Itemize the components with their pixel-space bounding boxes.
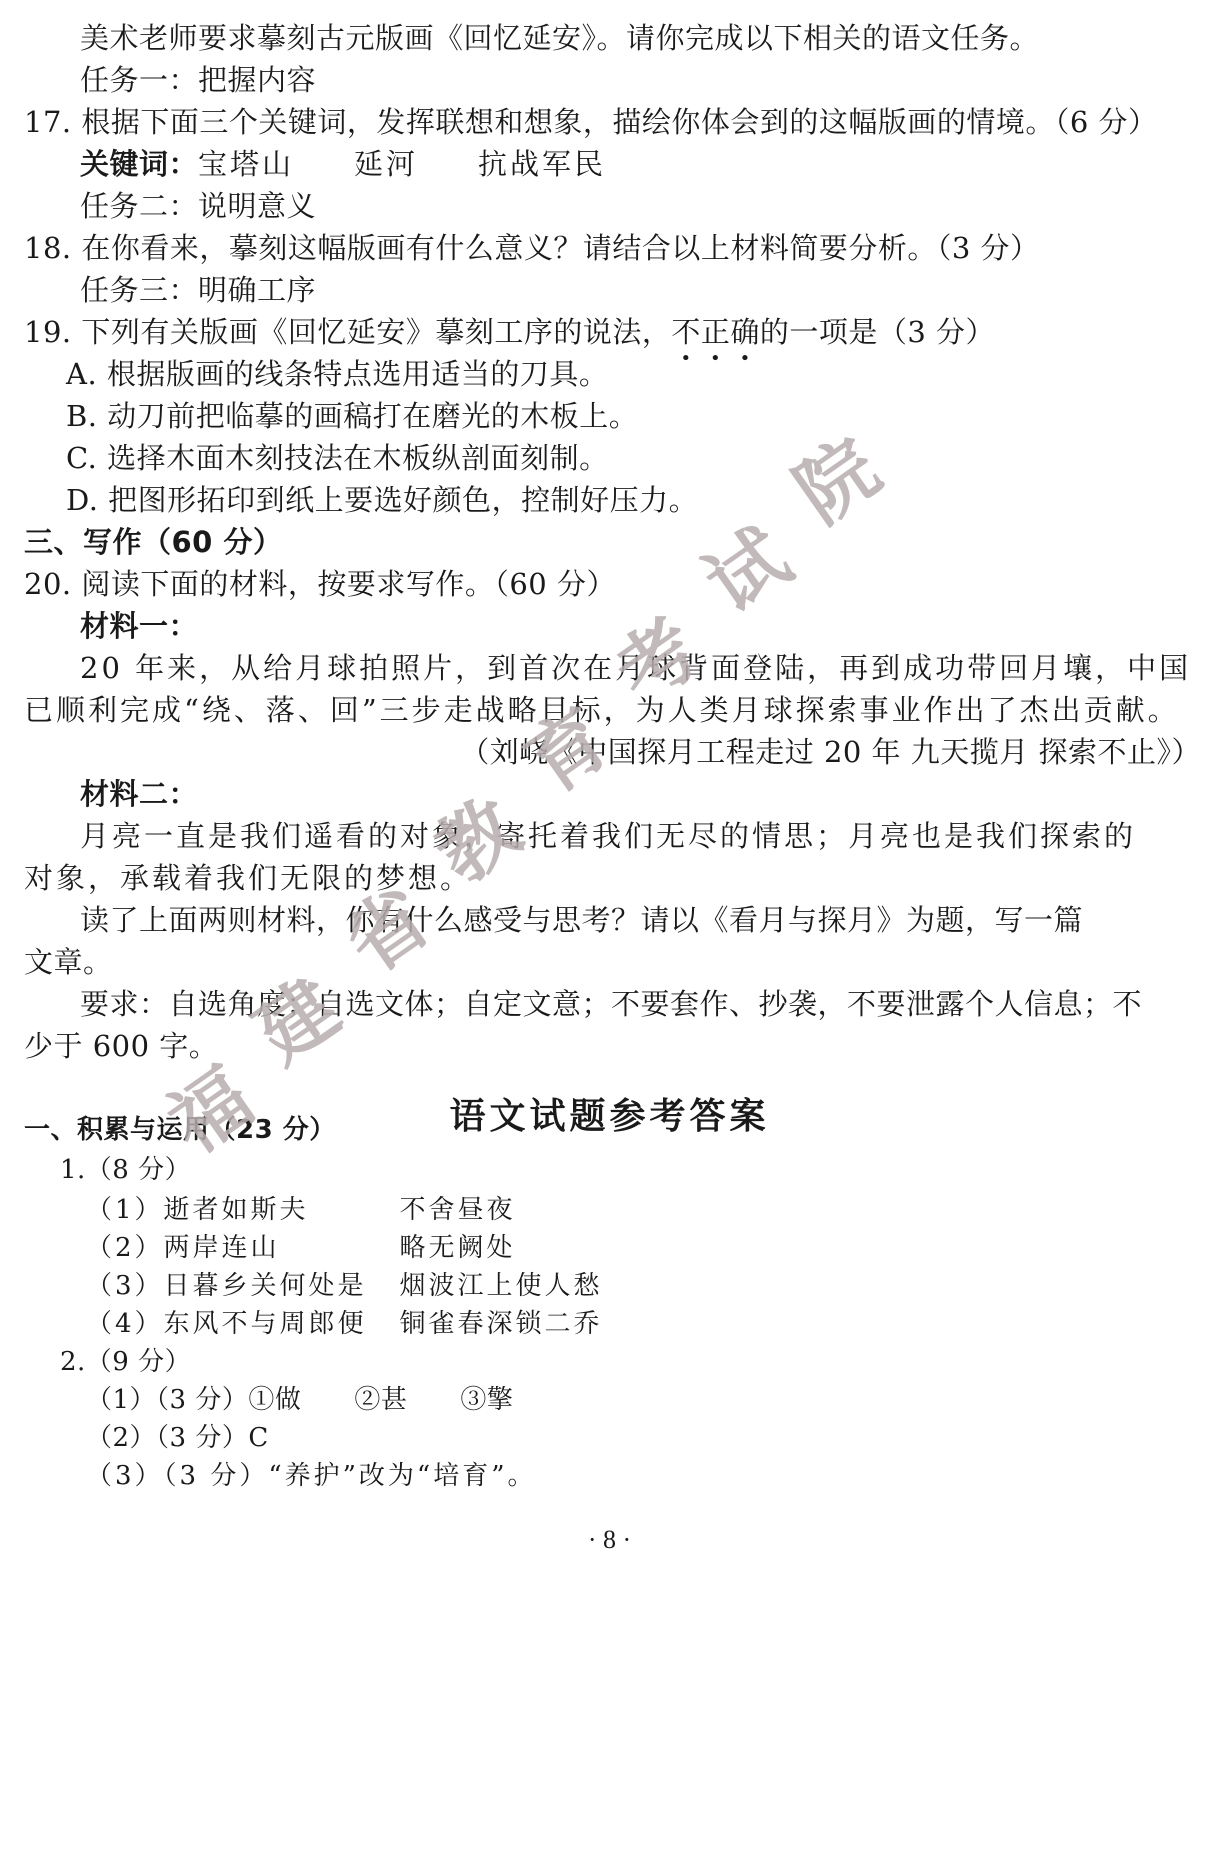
exam-page: 美术老师要求摹刻古元版画《回忆延安》。请你完成以下相关的语文任务。 任务一：把握… — [0, 0, 1219, 1859]
material-2-line-1: 月亮一直是我们遥看的对象，寄托着我们无尽的情思；月亮也是我们探索的 — [80, 816, 1136, 856]
emphasis-char: 正 — [701, 315, 731, 349]
item-second-half: 铜雀春深锁二乔 — [400, 1309, 603, 1339]
material-1-source: （刘峣《中国探月工程走过 20 年 九天揽月 探索不止》） — [460, 732, 1201, 772]
emphasis-char: 确 — [730, 315, 760, 349]
item-number: （4） — [86, 1309, 164, 1339]
material-1-label: 材料一： — [80, 606, 198, 646]
page-number: · 8 · — [0, 1525, 1219, 1555]
watermark-char: 院 — [770, 408, 898, 544]
option-c: C. 选择木面木刻技法在木板纵剖面刻制。 — [66, 438, 609, 478]
keywords-row: 关键词：宝塔山延河抗战军民 — [80, 144, 606, 184]
task-1-heading: 任务一：把握内容 — [80, 60, 316, 100]
material-2-line-2: 对象，承载着我们无限的梦想。 — [24, 858, 472, 898]
requirements-line-2: 少于 600 字。 — [24, 1026, 218, 1066]
keyword-1: 宝塔山 — [198, 147, 294, 181]
question-18: 18. 在你看来，摹刻这幅版画有什么意义？请结合以上材料简要分析。（3 分） — [24, 228, 1040, 268]
question-20: 20. 阅读下面的材料，按要求写作。（60 分） — [24, 564, 616, 604]
item-first-half: 日暮乡关何处是 — [164, 1266, 400, 1306]
item-second-half: 不舍昼夜 — [400, 1195, 516, 1225]
question-17: 17. 根据下面三个关键词，发挥联想和想象，描绘你体会到的这幅版画的情境。（6 … — [24, 102, 1158, 142]
answer-1-label: 1.（8 分） — [60, 1150, 191, 1190]
material-1-line-2: 已顺利完成“绕、落、回”三步走战略目标，为人类月球探索事业作出了杰出贡献。 — [24, 690, 1180, 730]
item-second-half: 略无阙处 — [400, 1233, 516, 1263]
item-number: （1） — [86, 1195, 164, 1225]
prompt-line-2: 文章。 — [24, 942, 113, 982]
option-b: B. 动刀前把临摹的画稿打在磨光的木板上。 — [66, 396, 638, 436]
keywords-label: 关键词： — [80, 147, 198, 181]
answer-1-item: （4）东风不与周郎便铜雀春深锁二乔 — [86, 1304, 603, 1344]
answer-2-item: （2）（3 分）C — [86, 1418, 269, 1458]
requirements-line-1: 要求：自选角度；自选文体；自定文意；不要套作、抄袭，不要泄露个人信息；不 — [80, 984, 1142, 1024]
answer-2-item: （3）（3 分）“养护”改为“培育”。 — [86, 1456, 537, 1496]
intro-text: 美术老师要求摹刻古元版画《回忆延安》。请你完成以下相关的语文任务。 — [80, 18, 1039, 58]
answer-1-item: （2）两岸连山略无阙处 — [86, 1228, 516, 1268]
option-d: D. 把图形拓印到纸上要选好颜色，控制好压力。 — [66, 480, 698, 520]
material-2-label: 材料二： — [80, 774, 198, 814]
q19-prefix: 19. 下列有关版画《回忆延安》摹刻工序的说法， — [24, 315, 671, 349]
item-number: （3） — [86, 1271, 164, 1301]
watermark-char: 试 — [680, 498, 808, 634]
keyword-3: 抗战军民 — [478, 147, 606, 181]
prompt-line-1: 读了上面两则材料，你有什么感受与思考？请以《看月与探月》为题，写一篇 — [80, 900, 1083, 940]
task-3-heading: 任务三：明确工序 — [80, 270, 316, 310]
material-1-line-1: 20 年来，从给月球拍照片，到首次在月球背面登陆，再到成功带回月壤，中国 — [80, 648, 1191, 688]
task-2-heading: 任务二：说明意义 — [80, 186, 316, 226]
section-3-heading: 三、写作（60 分） — [24, 522, 282, 562]
answer-1-item: （1）逝者如斯夫不舍昼夜 — [86, 1190, 516, 1230]
item-first-half: 逝者如斯夫 — [164, 1190, 400, 1230]
item-second-half: 烟波江上使人愁 — [400, 1271, 603, 1301]
question-19: 19. 下列有关版画《回忆延安》摹刻工序的说法，不正确的一项是（3 分） — [24, 312, 995, 352]
answer-section-1-heading: 一、积累与运用（23 分） — [24, 1110, 336, 1150]
item-first-half: 东风不与周郎便 — [164, 1304, 400, 1344]
emphasis-char: 不 — [671, 315, 701, 349]
answer-2-label: 2.（9 分） — [60, 1342, 191, 1382]
item-number: （2） — [86, 1233, 164, 1263]
answer-1-item: （3）日暮乡关何处是烟波江上使人愁 — [86, 1266, 603, 1306]
option-a: A. 根据版画的线条特点选用适当的刀具。 — [66, 354, 608, 394]
answer-2-item: （1）（3 分）①做 ②甚 ③擎 — [86, 1380, 513, 1420]
q19-suffix: 的一项是（3 分） — [760, 315, 995, 349]
keyword-2: 延河 — [354, 147, 418, 181]
item-first-half: 两岸连山 — [164, 1228, 400, 1268]
